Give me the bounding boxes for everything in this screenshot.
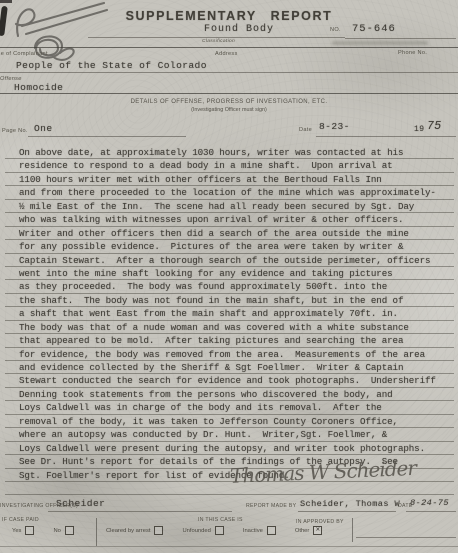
body-line: and from there proceeded to the location… [5,186,454,199]
checkbox-item: Inactive [243,526,276,535]
body-line: for any possible evidence. Pictures of t… [5,240,454,253]
case-paid-checkboxes: YesNo [12,526,93,535]
complainant-label: Name of Complainant [0,51,48,57]
body-line: for evidence, the body was removed from … [5,348,454,361]
report-made-by-label: REPORT MADE BY [246,503,296,509]
smudge-mark [332,41,428,45]
body-line: The body was that of a nude woman and wa… [5,321,454,334]
checkbox-item: Unfounded [182,526,223,535]
checkbox[interactable]: ✕ [313,526,322,535]
body-line: Loys Caldwell was in charge of the body … [5,401,454,414]
body-line: where an autopsy was conducted by Dr. Hu… [5,428,454,441]
year-prefix: 19 [414,125,424,134]
date-value: 8-23- [319,121,350,132]
details-header: DETAILS OF OFFENSE, PROGRESS OF INVESTIG… [0,99,458,105]
body-line: removal of the body, it was taken to Jef… [5,415,454,428]
page-number-value: One [34,123,52,134]
body-line: 1100 hours writer met with other officer… [5,173,454,186]
body-line: and evidence collected by the Sheriff & … [5,361,454,374]
body-line: that appeared to be mold. After taking p… [5,334,454,347]
footer-date-value: 8-24-75 [410,498,449,508]
body-line: as they proceeded. The body was found ap… [5,280,454,293]
year-value: 75 [427,120,442,133]
page-number-label: Page No. [2,128,28,134]
checkbox[interactable] [25,526,34,535]
checkbox-label: Yes [12,528,21,534]
report-body: On above date, at approximately 1030 hou… [5,146,454,495]
report-made-by-value: Scheider, Thomas W [300,499,400,509]
checkbox-item: Cleared by arrest [106,526,163,535]
body-line: Captain Stewart. After a thorough search… [5,254,454,267]
checkbox-label: Unfounded [182,528,210,534]
checkbox[interactable] [154,526,163,535]
investigating-officers-value: Scheider [56,498,105,509]
in-this-case-label: IN THIS CASE IS [198,517,243,523]
classification-label: Classification [202,39,235,44]
scanned-report-page: SUPPLEMENTARY REPORT Found Body Classifi… [0,0,458,553]
date-label: Date [299,127,312,133]
case-number-value: 75-646 [352,23,396,35]
details-subheader: (Investigating Officer must sign) [0,107,458,113]
checkbox-label: No [53,528,60,534]
checkbox-item: Other✕ [295,526,323,535]
classification-value: Found Body [204,24,274,35]
body-line: the shaft. The body was not found in the… [5,294,454,307]
checkbox[interactable] [267,526,276,535]
case-status-checkboxes: Cleared by arrestUnfoundedInactiveOther✕ [106,526,341,535]
body-line: Writer and other officers then did a sea… [5,227,454,240]
body-line: On above date, at approximately 1030 hou… [5,146,454,159]
body-line: a shaft that went East from the main sha… [5,307,454,320]
case-number-label: NO. [330,27,341,33]
phone-label: Phone No. [398,50,427,56]
case-paid-label: IF CASE PAID [2,517,39,523]
complainant-value: People of the State of Colorado [16,60,207,71]
checkbox-item: No [53,526,73,535]
body-line: Stewart conducted the search for evidenc… [5,374,454,387]
approved-by-label: IN APPROVED BY [296,519,344,525]
body-line: ½ mile East of the Inn. The scene had al… [5,200,454,213]
body-line: who was talking with witnesses upon arri… [5,213,454,226]
body-line: went into the mine shaft looking for any… [5,267,454,280]
offense-value: Homocide [14,82,63,93]
checkbox-label: Cleared by arrest [106,528,150,534]
checkbox[interactable] [215,526,224,535]
checkbox-label: Other [295,528,310,534]
checkbox[interactable] [65,526,74,535]
report-title: SUPPLEMENTARY REPORT [0,9,458,23]
body-line: residence to respond to a dead body in a… [5,159,454,172]
body-line: Denning took statements from the persons… [5,388,454,401]
body-line: Loys Caldwell were present during the au… [5,442,454,455]
address-label: Address [215,51,238,57]
checkbox-item: Yes [12,526,34,535]
checkbox-label: Inactive [243,528,263,534]
